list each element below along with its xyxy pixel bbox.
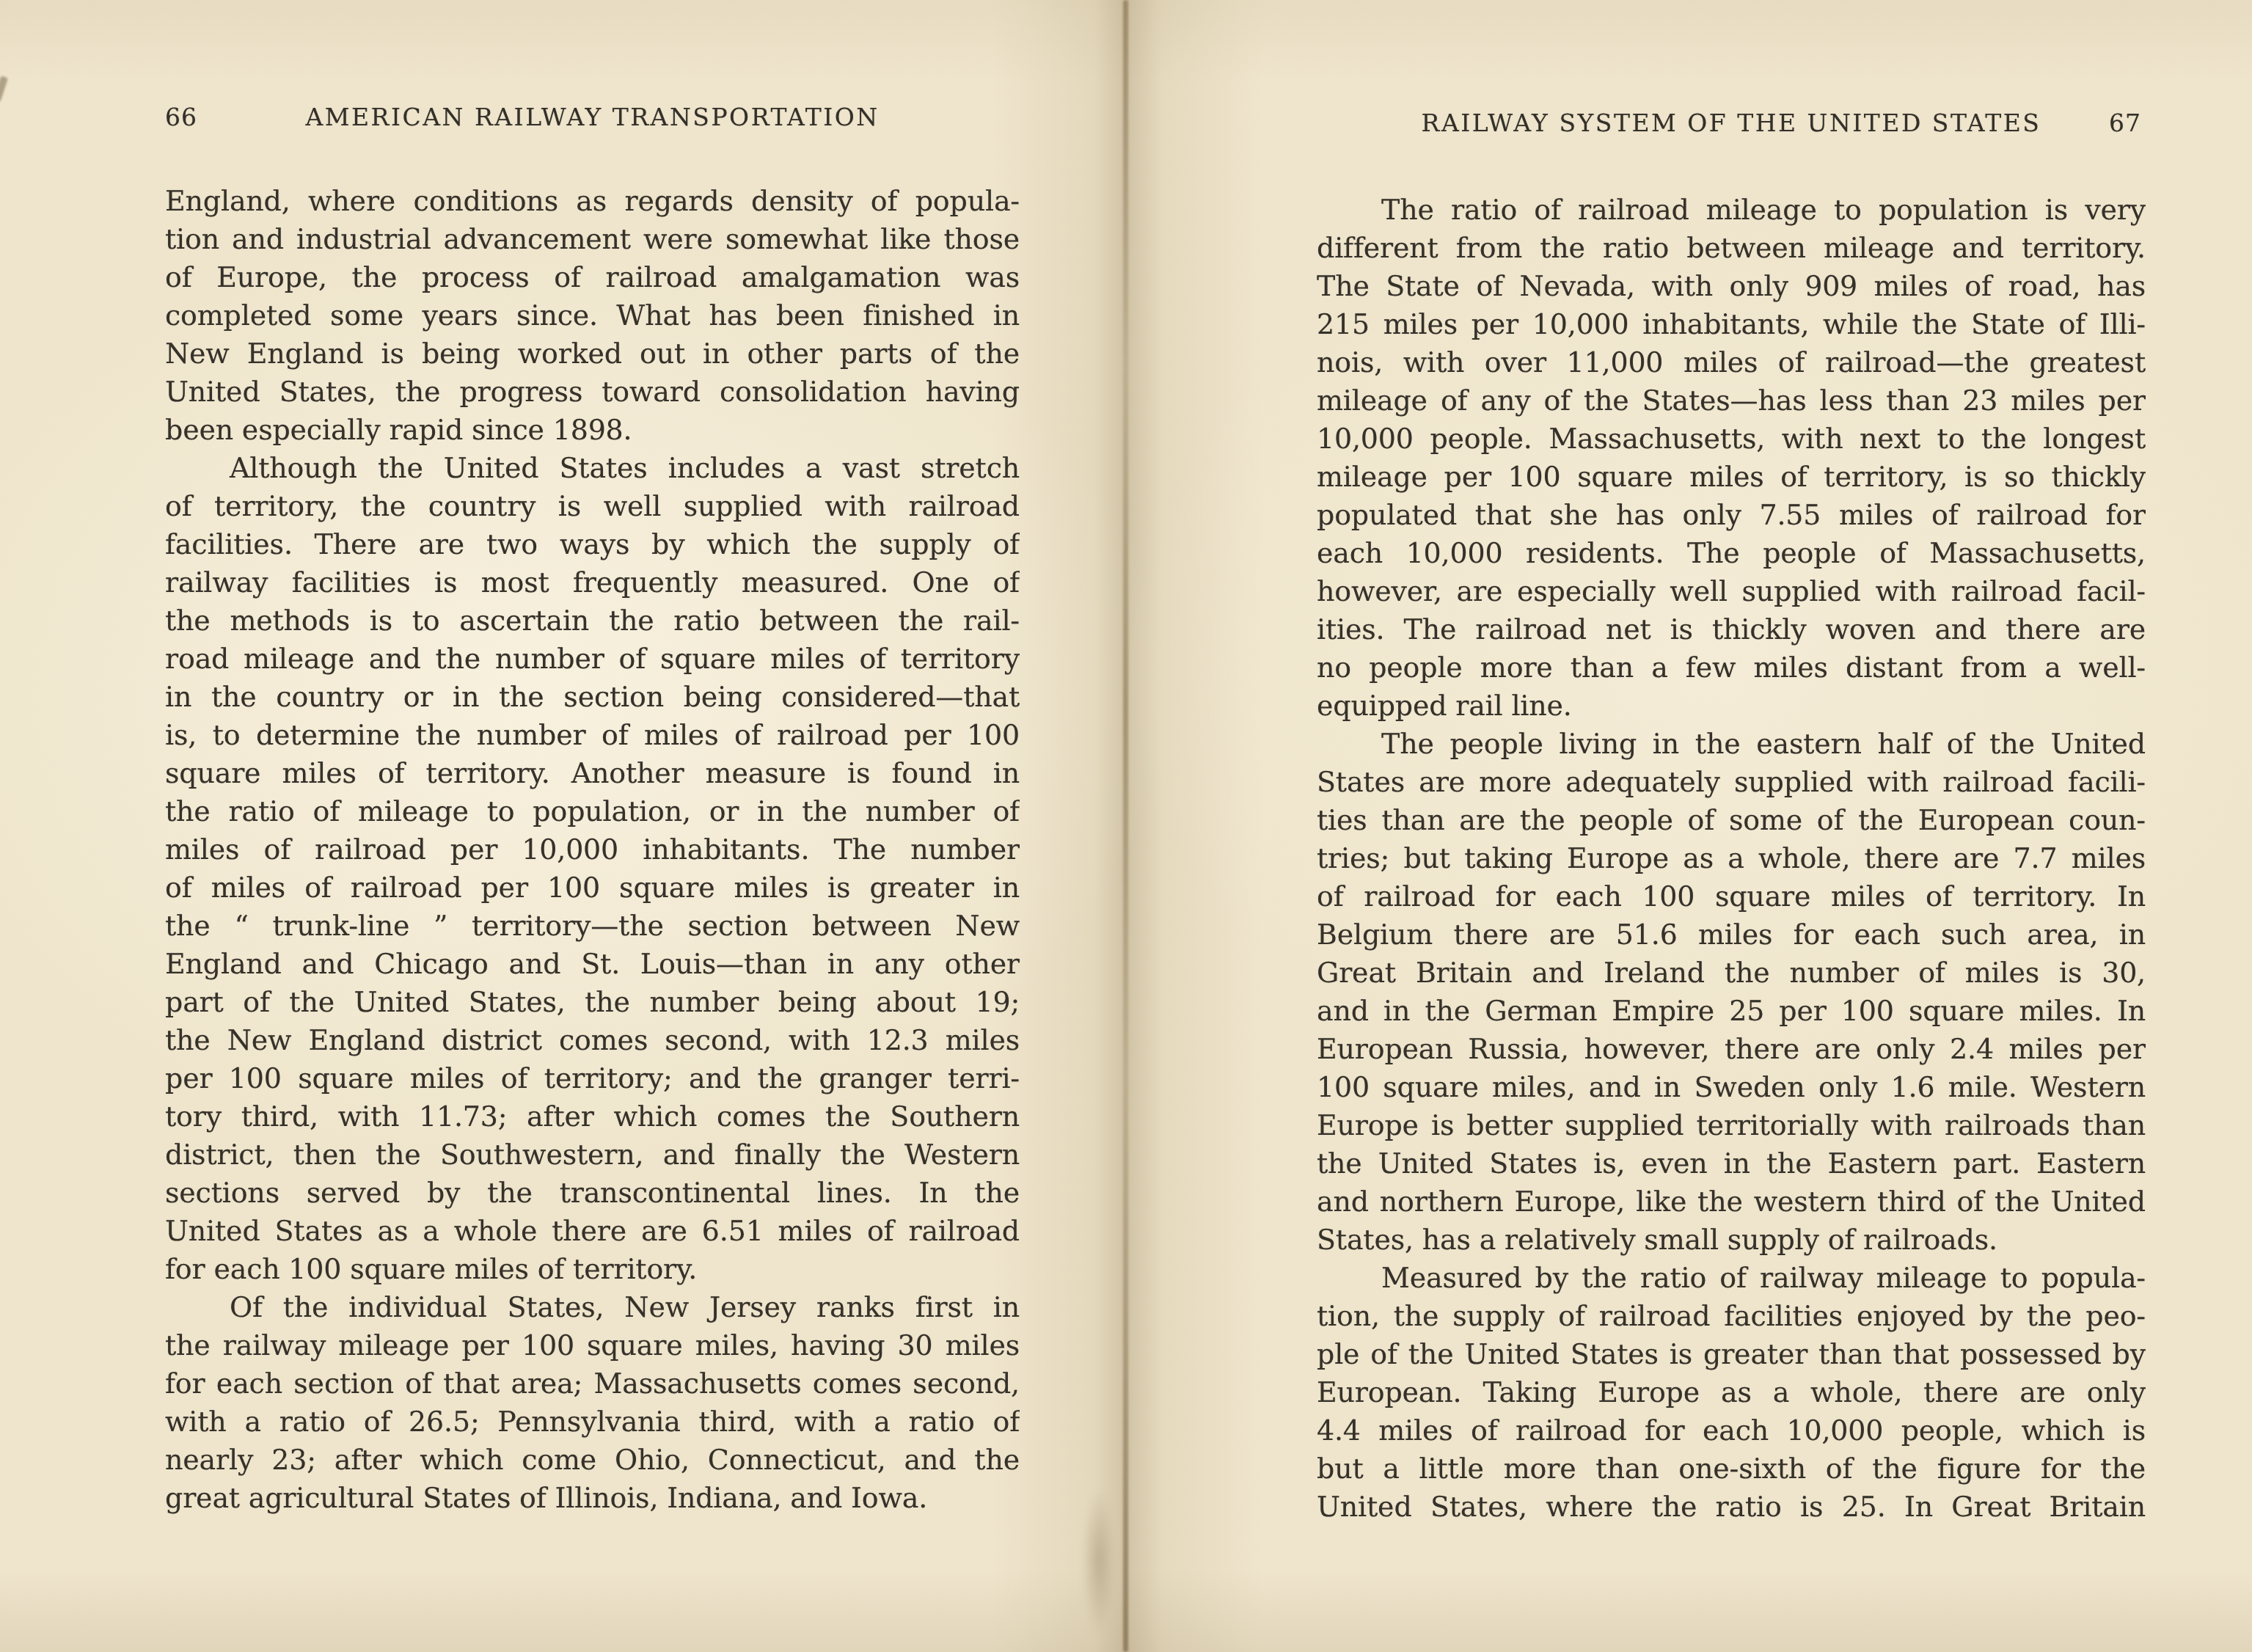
text-line: and in the German Empire 25 per 100 squa… [1317,992,2146,1030]
paragraph: Of the individual States, New Jersey ran… [165,1288,1020,1517]
book-spread-scan: 66 AMERICAN RAILWAY TRANSPORTATION Engla… [0,0,2252,1652]
text-line: England, where conditions as regards den… [165,182,1020,220]
page-right-header: RAILWAY SYSTEM OF THE UNITED STATES 67 [1317,109,2146,142]
page-left-header: 66 AMERICAN RAILWAY TRANSPORTATION [165,103,1020,136]
text-line: the railway mileage per 100 square miles… [165,1326,1020,1364]
text-line: the New England district comes second, w… [165,1021,1020,1059]
text-line: Of the individual States, New Jersey ran… [165,1288,1020,1326]
text-line: 4.4 miles of railroad for each 10,000 pe… [1317,1411,2146,1450]
text-line: district, then the Southwestern, and fin… [165,1136,1020,1174]
text-line: States, has a relatively small supply of… [1317,1221,2146,1259]
text-line: in the country or in the section being c… [165,678,1020,716]
text-line: The ratio of railroad mileage to populat… [1317,191,2146,229]
text-line: and northern Europe, like the western th… [1317,1183,2146,1221]
text-line: railway facilities is most frequently me… [165,563,1020,602]
text-line: populated that she has only 7.55 miles o… [1317,496,2146,534]
text-line: different from the ratio between mileage… [1317,229,2146,267]
text-line: ple of the United States is greater than… [1317,1335,2146,1373]
text-line: for each 100 square miles of territory. [165,1250,1020,1288]
text-line: Europe is better supplied territorially … [1317,1106,2146,1144]
text-line: tory third, with 11.73; after which come… [165,1097,1020,1136]
text-line: The people living in the eastern half of… [1317,725,2146,763]
text-line: Measured by the ratio of railway mileage… [1317,1259,2146,1297]
text-line: nois, with over 11,000 miles of railroad… [1317,343,2146,381]
text-line: of miles of railroad per 100 square mile… [165,869,1020,907]
text-line: per 100 square miles of territory; and t… [165,1059,1020,1097]
text-line: however, are especially well supplied wi… [1317,572,2146,610]
text-line: European. Taking Europe as a whole, ther… [1317,1373,2146,1411]
text-line: ties than are the people of some of the … [1317,801,2146,839]
page-number-right: 67 [2109,109,2141,137]
text-line: mileage per 100 square miles of territor… [1317,458,2146,496]
text-line: completed some years since. What has bee… [165,296,1020,335]
text-line: no people more than a few miles distant … [1317,648,2146,687]
text-line: tion, the supply of railroad facilities … [1317,1297,2146,1335]
text-line: United States, where the ratio is 25. In… [1317,1488,2146,1526]
page-right-body: The ratio of railroad mileage to populat… [1317,191,2146,1526]
text-line: the ratio of mileage to population, or i… [165,792,1020,830]
text-line: of Europe, the process of railroad amalg… [165,258,1020,296]
text-line: sections served by the transcontinental … [165,1174,1020,1212]
text-line: facilities. There are two ways by which … [165,525,1020,563]
text-line: England and Chicago and St. Louis—than i… [165,945,1020,983]
text-line: miles of railroad per 10,000 inhabitants… [165,830,1020,869]
text-line: road mileage and the number of square mi… [165,640,1020,678]
text-line: The State of Nevada, with only 909 miles… [1317,267,2146,305]
text-line: been especially rapid since 1898. [165,411,1020,449]
gutter-crease-line [1123,0,1128,1652]
paragraph: The ratio of railroad mileage to populat… [1317,191,2146,725]
running-head-right: RAILWAY SYSTEM OF THE UNITED STATES [1317,109,2146,137]
text-line: Great Britain and Ireland the number of … [1317,954,2146,992]
text-line: European Russia, however, there are only… [1317,1030,2146,1068]
gutter-bottom-shadow [1077,1482,1121,1652]
paragraph: Measured by the ratio of railway mileage… [1317,1259,2146,1526]
text-line: mileage of any of the States—has less th… [1317,381,2146,420]
page-number-left: 66 [165,103,197,131]
text-line: for each section of that area; Massachus… [165,1364,1020,1403]
text-line: of railroad for each 100 square miles of… [1317,877,2146,915]
text-line: is, to determine the number of miles of … [165,716,1020,754]
paragraph: The people living in the eastern half of… [1317,725,2146,1259]
text-line: 100 square miles, and in Sweden only 1.6… [1317,1068,2146,1106]
text-line: Belgium there are 51.6 miles for each su… [1317,915,2146,954]
text-line: nearly 23; after which come Ohio, Connec… [165,1441,1020,1479]
text-line: the United States is, even in the Easter… [1317,1144,2146,1183]
text-line: United States as a whole there are 6.51 … [165,1212,1020,1250]
left-edge-mark [0,76,8,101]
text-line: equipped rail line. [1317,687,2146,725]
text-line: States are more adequately supplied with… [1317,763,2146,801]
text-line: tion and industrial advancement were som… [165,220,1020,258]
paragraph: Although the United States includes a va… [165,449,1020,1288]
text-line: New England is being worked out in other… [165,335,1020,373]
text-line: with a ratio of 26.5; Pennsylvania third… [165,1403,1020,1441]
text-line: ities. The railroad net is thickly woven… [1317,610,2146,648]
text-line: 10,000 people. Massachusetts, with next … [1317,420,2146,458]
paragraph: England, where conditions as regards den… [165,182,1020,449]
text-line: Although the United States includes a va… [165,449,1020,487]
text-line: square miles of territory. Another measu… [165,754,1020,792]
text-line: but a little more than one-sixth of the … [1317,1450,2146,1488]
text-line: the “ trunk-line ” territory—the section… [165,907,1020,945]
text-line: great agricultural States of Illinois, I… [165,1479,1020,1517]
page-left-body: England, where conditions as regards den… [165,182,1020,1517]
text-line: United States, the progress toward conso… [165,373,1020,411]
text-line: part of the United States, the number be… [165,983,1020,1021]
text-line: 215 miles per 10,000 inhabitants, while … [1317,305,2146,343]
text-line: the methods is to ascertain the ratio be… [165,602,1020,640]
text-line: tries; but taking Europe as a whole, the… [1317,839,2146,877]
text-line: of territory, the country is well suppli… [165,487,1020,525]
running-head-left: AMERICAN RAILWAY TRANSPORTATION [165,103,1020,131]
text-line: each 10,000 residents. The people of Mas… [1317,534,2146,572]
